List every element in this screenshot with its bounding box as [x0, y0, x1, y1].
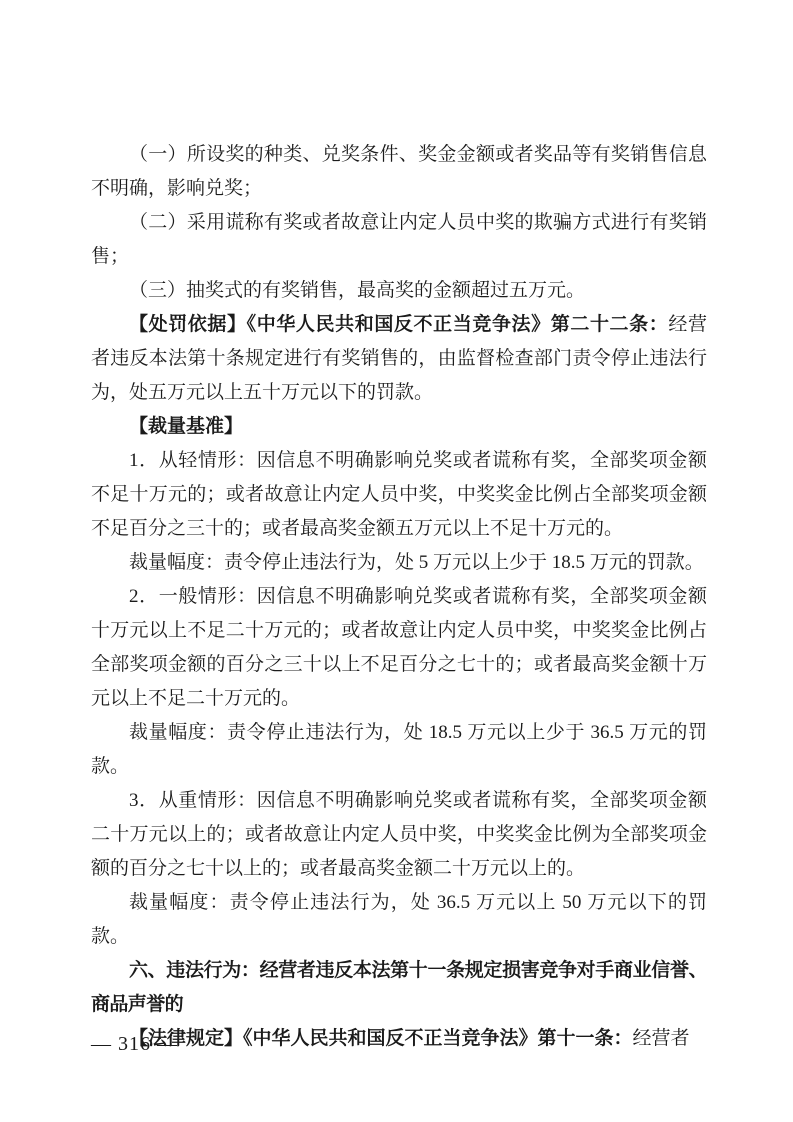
- lenient-range-paragraph: 裁量幅度：责令停止违法行为，处 5 万元以上少于 18.5 万元的罚款。: [91, 546, 707, 580]
- clause-item-2: （二）采用谎称有奖或者故意让内定人员中奖的欺骗方式进行有奖销售；: [91, 206, 707, 274]
- severe-case-paragraph: 3．从重情形：因信息不明确影响兑奖或者谎称有奖，全部奖项金额二十万元以上的；或者…: [91, 784, 707, 886]
- penalty-basis-paragraph: 【处罚依据】《中华人民共和国反不正当竞争法》第二十二条：经营者违反本法第十条规定…: [91, 308, 707, 410]
- clause-item-2-text: （二）采用谎称有奖或者故意让内定人员中奖的欺骗方式进行有奖销售；: [91, 212, 707, 267]
- document-page: （一）所设奖的种类、兑奖条件、奖金金额或者奖品等有奖销售信息不明确，影响兑奖； …: [0, 0, 793, 1122]
- lenient-case-text: 1．从轻情形：因信息不明确影响兑奖或者谎称有奖，全部奖项金额不足十万元的；或者故…: [91, 450, 707, 539]
- violation-six-heading-text: 六、违法行为：经营者违反本法第十一条规定损害竞争对手商业信誉、商品声誉的: [91, 960, 707, 1015]
- legal-provision-paragraph: 【法律规定】《中华人民共和国反不正当竞争法》第十一条：经营者: [91, 1022, 707, 1056]
- page-number: — 316 —: [91, 1031, 178, 1057]
- discretion-benchmark-heading: 【裁量基准】: [91, 410, 707, 444]
- severe-range-paragraph: 裁量幅度：责令停止违法行为，处 36.5 万元以上 50 万元以下的罚款。: [91, 886, 707, 954]
- clause-item-1-text: （一）所设奖的种类、兑奖条件、奖金金额或者奖品等有奖销售信息不明确，影响兑奖；: [91, 144, 707, 199]
- clause-item-3: （三）抽奖式的有奖销售，最高奖的金额超过五万元。: [91, 274, 707, 308]
- general-case-text: 2．一般情形：因信息不明确影响兑奖或者谎称有奖，全部奖项金额十万元以上不足二十万…: [91, 586, 707, 709]
- general-range-text: 裁量幅度：责令停止违法行为，处 18.5 万元以上少于 36.5 万元的罚款。: [91, 722, 707, 777]
- legal-provision-text: 经营者: [633, 1028, 690, 1049]
- general-case-paragraph: 2．一般情形：因信息不明确影响兑奖或者谎称有奖，全部奖项金额十万元以上不足二十万…: [91, 580, 707, 716]
- clause-item-3-text: （三）抽奖式的有奖销售，最高奖的金额超过五万元。: [129, 280, 585, 301]
- violation-six-heading: 六、违法行为：经营者违反本法第十一条规定损害竞争对手商业信誉、商品声誉的: [91, 954, 707, 1022]
- lenient-range-text: 裁量幅度：责令停止违法行为，处 5 万元以上少于 18.5 万元的罚款。: [129, 552, 704, 573]
- legal-provision-label: 【法律规定】《中华人民共和国反不正当竞争法》第十一条：: [129, 1028, 633, 1049]
- document-content: （一）所设奖的种类、兑奖条件、奖金金额或者奖品等有奖销售信息不明确，影响兑奖； …: [91, 138, 707, 1056]
- severe-case-text: 3．从重情形：因信息不明确影响兑奖或者谎称有奖，全部奖项金额二十万元以上的；或者…: [91, 790, 707, 879]
- clause-item-1: （一）所设奖的种类、兑奖条件、奖金金额或者奖品等有奖销售信息不明确，影响兑奖；: [91, 138, 707, 206]
- general-range-paragraph: 裁量幅度：责令停止违法行为，处 18.5 万元以上少于 36.5 万元的罚款。: [91, 716, 707, 784]
- severe-range-text: 裁量幅度：责令停止违法行为，处 36.5 万元以上 50 万元以下的罚款。: [91, 892, 707, 947]
- lenient-case-paragraph: 1．从轻情形：因信息不明确影响兑奖或者谎称有奖，全部奖项金额不足十万元的；或者故…: [91, 444, 707, 546]
- penalty-basis-label: 【处罚依据】《中华人民共和国反不正当竞争法》第二十二条：: [129, 314, 668, 335]
- discretion-benchmark-label: 【裁量基准】: [129, 416, 243, 437]
